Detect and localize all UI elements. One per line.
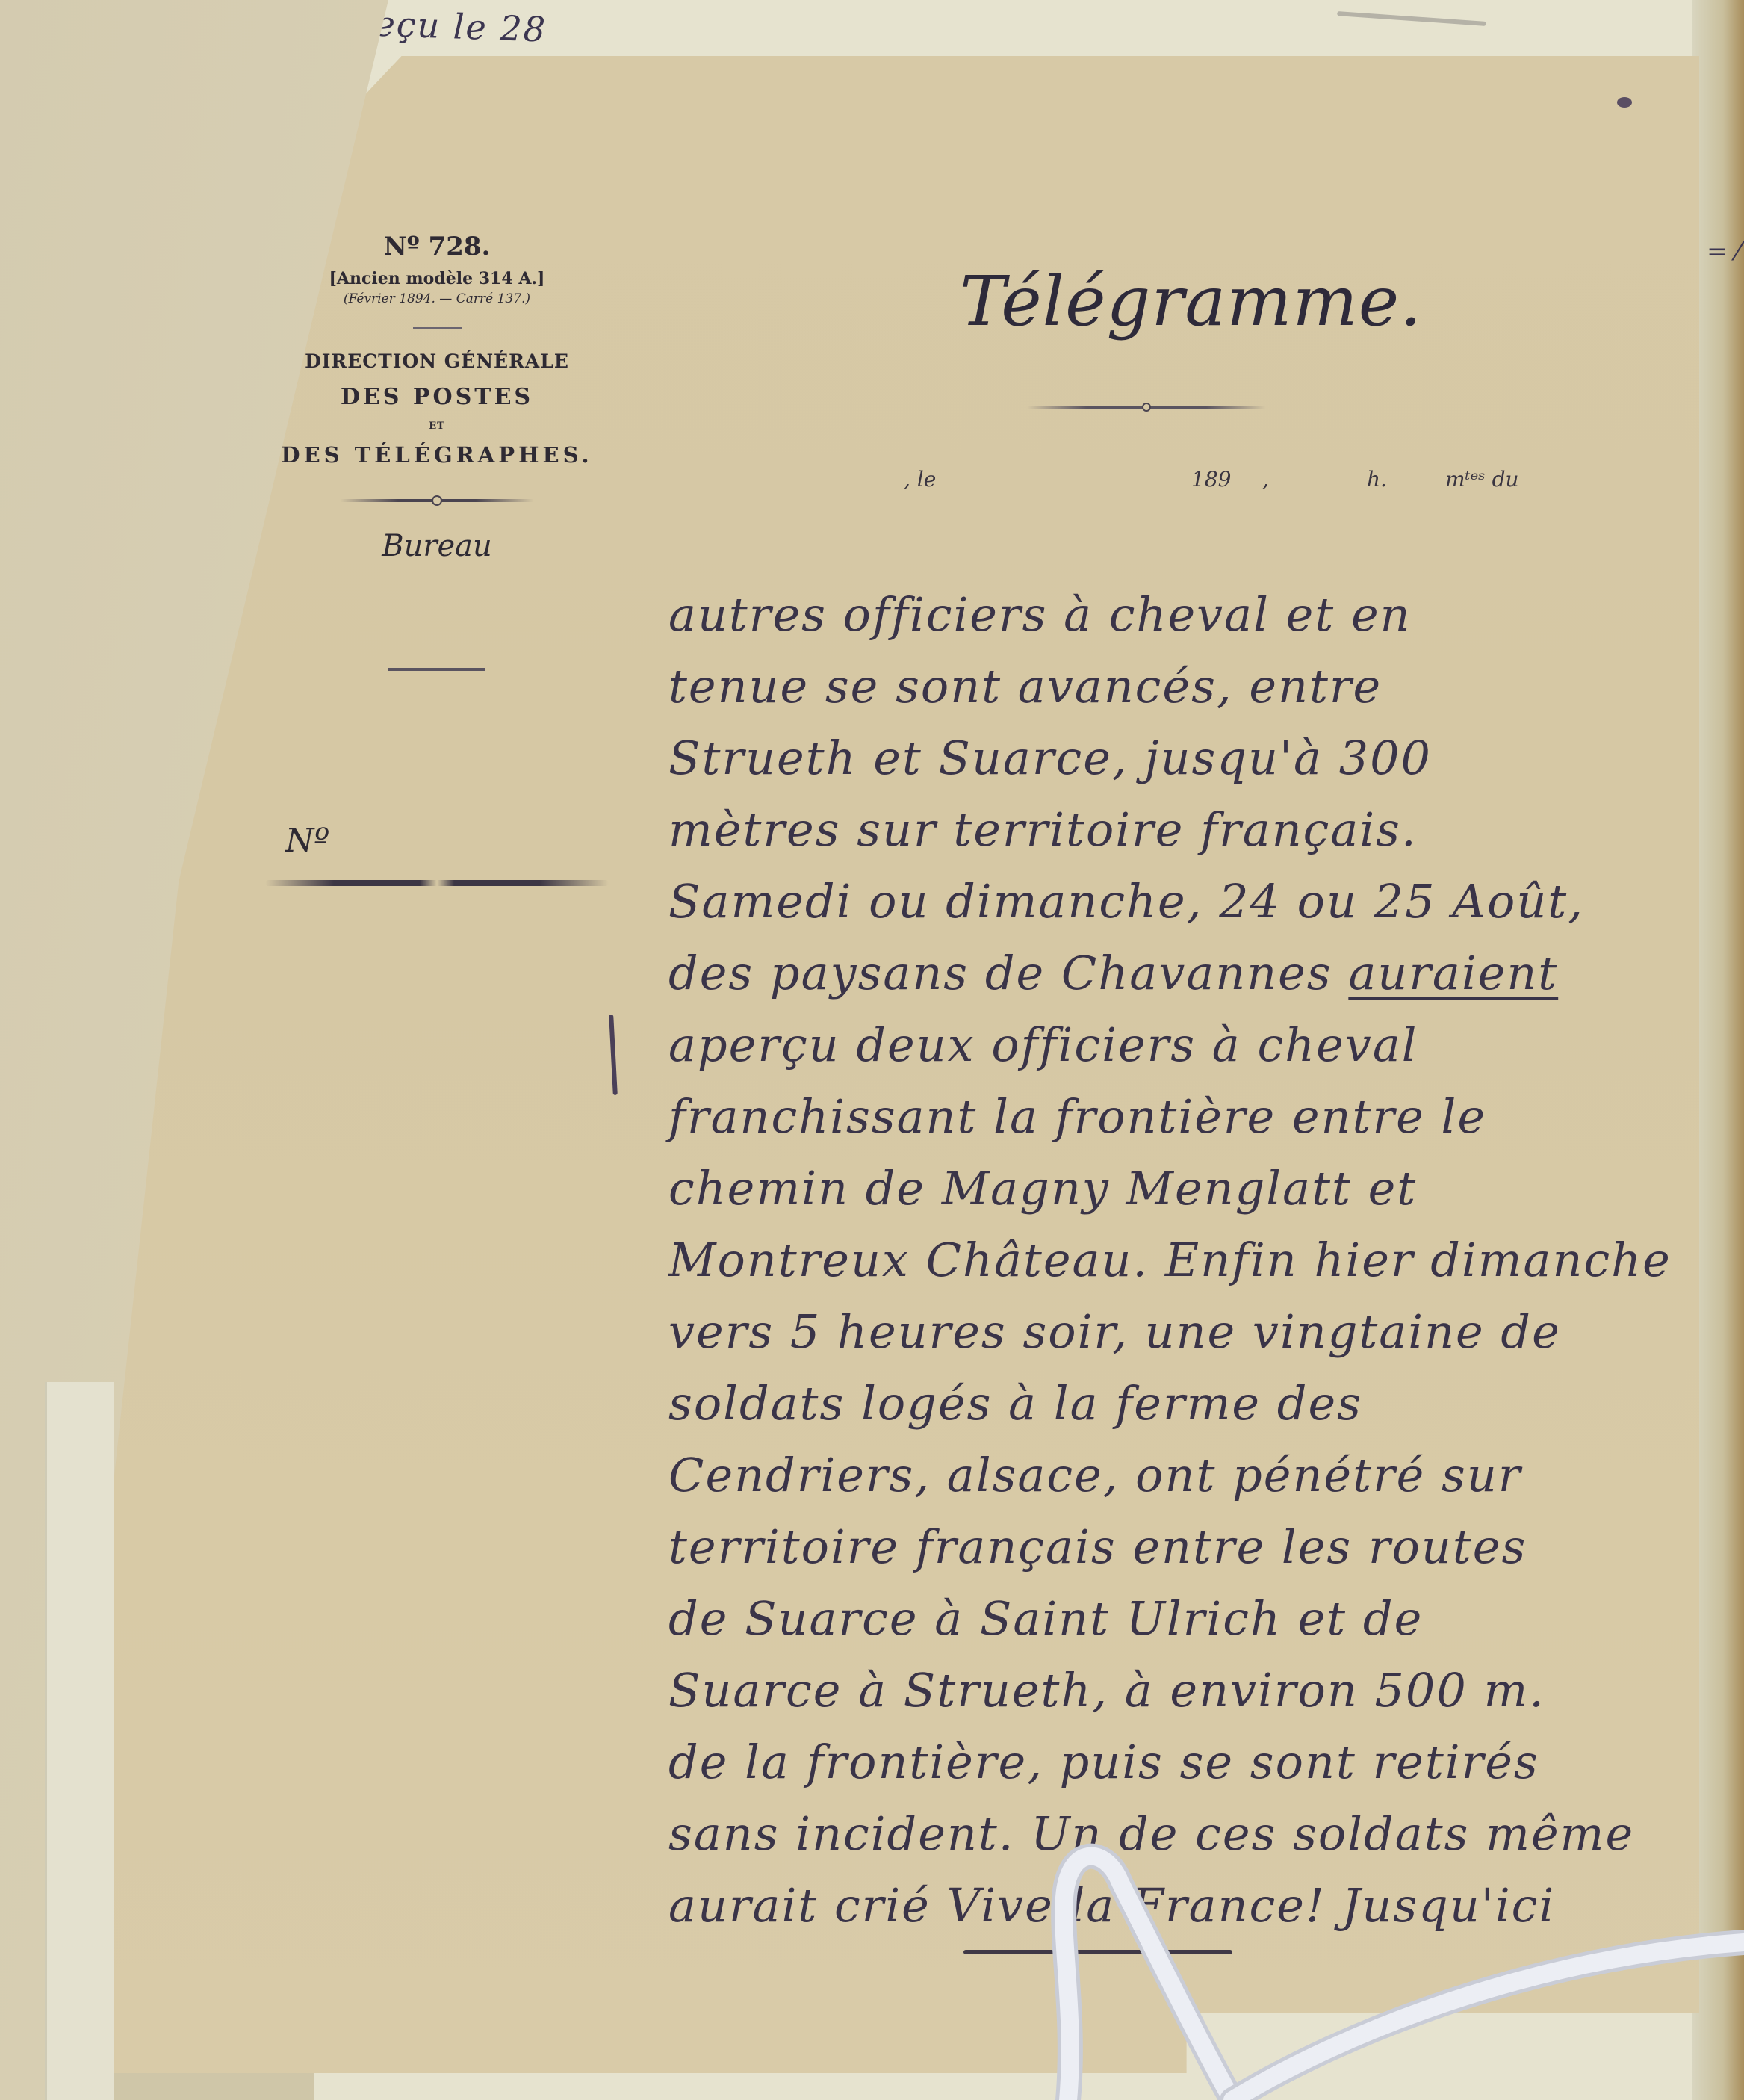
title-ornament-divider [1027, 406, 1266, 409]
handwritten-message: autres officiers à cheval et en tenue se… [668, 579, 1677, 1942]
message-line: Montreux Château. Enfin hier dimanche [668, 1224, 1677, 1296]
message-line: de Suarce à Saint Ulrich et de [668, 1583, 1677, 1655]
message-line: Suarce à Strueth, à environ 500 m. [668, 1655, 1677, 1726]
message-line: aurait crié Vive la France! Jusqu'ici [668, 1870, 1677, 1942]
number-field-label: Nº [285, 822, 329, 860]
document-title: Télégramme. [960, 261, 1422, 341]
message-line: franchissant la frontière entre le [668, 1081, 1677, 1153]
divider [413, 327, 462, 329]
message-line: des paysans de Chavannes auraient [668, 938, 1677, 1009]
bureau-field-rule [388, 668, 485, 671]
message-line: vers 5 heures soir, une vingtaine de [668, 1296, 1677, 1368]
ornament-long-divider [265, 880, 609, 886]
message-line: Strueth et Suarce, jusqu'à 300 [668, 722, 1677, 794]
dateline-le: , le [904, 467, 936, 492]
dateline-minutes: mᵗᵉˢ du [1445, 467, 1519, 492]
message-line: Samedi ou dimanche, 24 ou 25 Août, [668, 866, 1677, 938]
organization-line-2: DES POSTES [258, 384, 616, 410]
message-line-text: des paysans de Chavannes [668, 946, 1332, 1000]
message-line: territoire français entre les routes [668, 1511, 1677, 1583]
message-line: tenue se sont avancés, entre [668, 651, 1677, 722]
stacked-sheets [45, 1382, 114, 2100]
table-edge [1692, 0, 1744, 2100]
message-line: aperçu deux officiers à cheval [668, 1009, 1677, 1081]
organization-line-1: DIRECTION GÉNÉRALE [258, 350, 616, 372]
bureau-label: Bureau [258, 529, 616, 563]
form-header-column: Nº 728. [Ancien modèle 314 A.] (Février … [258, 224, 616, 671]
form-number: Nº 728. [258, 232, 616, 261]
ornament-divider [340, 499, 534, 502]
message-line: Cendriers, alsace, ont pénétré sur [668, 1440, 1677, 1511]
underlined-word: auraient [1348, 946, 1558, 1000]
margin-marks: = ⁄ [1707, 239, 1740, 264]
dateline-year: 189 [1191, 467, 1231, 492]
form-date-reference: (Février 1894. — Carré 137.) [258, 291, 616, 306]
message-line: mètres sur territoire français. [668, 794, 1677, 866]
message-line: chemin de Magny Menglatt et [668, 1153, 1677, 1224]
form-model: [Ancien modèle 314 A.] [258, 269, 616, 288]
message-line: sans incident. Un de ces soldats même [668, 1798, 1677, 1870]
dateline-hour: h. [1367, 467, 1387, 492]
message-line: soldats logés à la ferme des [668, 1368, 1677, 1440]
organization-conjunction: ET [258, 421, 616, 432]
dateline-comma: , [1262, 467, 1269, 492]
closing-rule [963, 1950, 1232, 1954]
organization-line-3: DES TÉLÉGRAPHES. [258, 442, 616, 468]
message-line: de la frontière, puis se sont retirés [668, 1726, 1677, 1798]
pin-hole-icon [1617, 97, 1632, 108]
message-line: autres officiers à cheval et en [668, 579, 1677, 651]
